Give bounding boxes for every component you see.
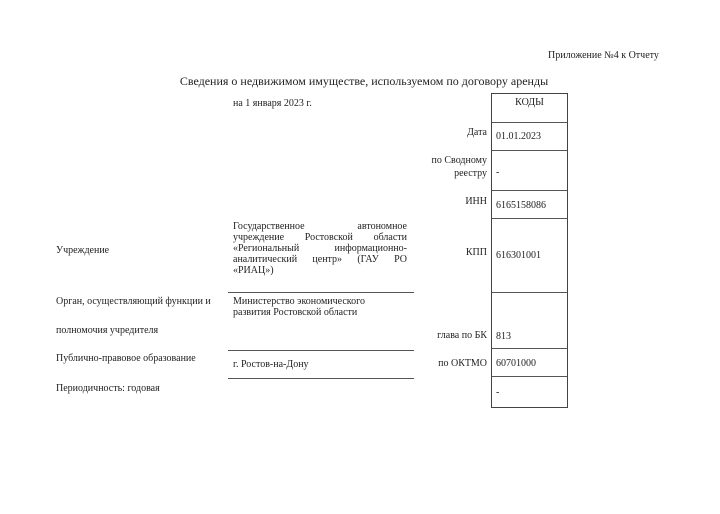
code-oktmo: 60701000: [492, 349, 567, 377]
document-title: Сведения о недвижимом имуществе, использ…: [0, 74, 720, 89]
label-oktmo: по ОКТМО: [438, 357, 487, 370]
label-budget-chapter: глава по БК: [437, 329, 487, 342]
code-inn: 6165158086: [492, 191, 567, 219]
codes-table: КОДЫ 01.01.2023 - 6165158086 616301001 8…: [491, 93, 568, 408]
institution-value: Государственное автономное учреждение Ро…: [233, 221, 407, 276]
divider: [228, 292, 414, 293]
label-periodicity: Периодичность: годовая: [56, 383, 160, 394]
label-founder-line2: полномочия учредителя: [56, 325, 158, 336]
label-date: Дата: [467, 126, 487, 139]
label-institution: Учреждение: [56, 245, 109, 256]
founder-value: Министерство экономического развития Рос…: [233, 296, 383, 318]
appendix-note: Приложение №4 к Отчету: [548, 50, 659, 61]
codes-header: КОДЫ: [492, 94, 567, 123]
code-kpp: 616301001: [492, 219, 567, 293]
label-consolidated-registry: по Сводному реестру: [417, 154, 487, 180]
code-extra: -: [492, 377, 567, 407]
label-public-entity: Публично-правовое образование: [56, 353, 196, 364]
code-date: 01.01.2023: [492, 123, 567, 151]
divider: [228, 350, 414, 351]
divider: [228, 378, 414, 379]
label-kpp: КПП: [466, 246, 487, 259]
report-date: на 1 января 2023 г.: [233, 98, 312, 109]
public-entity-value: г. Ростов-на-Дону: [233, 359, 309, 370]
code-consolidated-registry: -: [492, 151, 567, 191]
code-budget-chapter: 813: [492, 293, 567, 349]
label-founder-line1: Орган, осуществляющий функции и: [56, 296, 211, 307]
label-inn: ИНН: [465, 195, 487, 208]
